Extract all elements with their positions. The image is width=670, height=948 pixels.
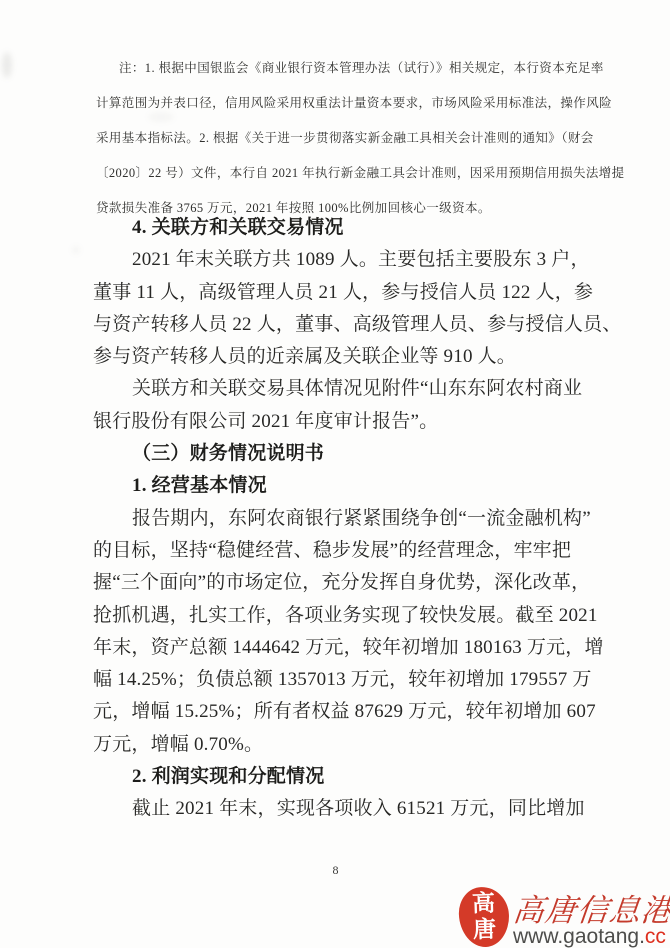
paragraph-line: 董事 11 人，高级管理人员 21 人，参与授信人员 122 人，参 [93,277,581,309]
document-body: 4. 关联方和关联交易情况 2021 年末关联方共 1089 人。主要包括主要股… [93,212,581,826]
paragraph-line: 参与资产转移人员的近亲属及关联企业等 910 人。 [93,341,581,373]
paragraph-line: 万元，增幅 0.70%。 [93,729,581,761]
paragraph-line: 年末，资产总额 1444642 万元，较年初增加 180163 万元，增 [93,632,581,664]
footnote-line: 计算范围为并表口径，信用风险采用权重法计量资本要求，市场风险采用标准法，操作风险 [96,86,600,121]
section-heading-profit: 2. 利润实现和分配情况 [93,761,581,793]
paragraph-line: 幅 14.25%；负债总额 1357013 万元，较年初增加 179557 万 [93,664,581,696]
paragraph-line: 关联方和关联交易具体情况见附件“山东东阿农村商业 [93,373,581,405]
paragraph-line: 元，增幅 15.25%；所有者权益 87629 万元，较年初增加 607 [93,696,581,728]
scan-smudge [2,52,12,78]
site-watermark: 高 唐 高唐信息港 www.gaotang.cc [459,887,670,948]
page-number: 8 [93,863,579,878]
seal-char-top: 高 [472,891,496,918]
footnote-line: 〔2020〕22 号）文件，本行自 2021 年执行新金融工具会计准则，因采用预… [96,156,600,191]
paragraph-line: 抢抓机遇，扎实工作，各项业务实现了较快发展。截至 2021 [93,600,581,632]
document-page: 注：1. 根据中国银监会《商业银行资本管理办法（试行）》相关规定，本行资本充足率… [0,0,670,948]
footnote-line: 采用基本指标法。2. 根据《关于进一步贯彻落实新金融工具相关会计准则的通知》（财… [96,121,600,156]
footnote-block: 注：1. 根据中国银监会《商业银行资本管理办法（试行）》相关规定，本行资本充足率… [96,51,600,226]
section-heading-related-parties: 4. 关联方和关联交易情况 [93,212,581,244]
paragraph-line: 与资产转移人员 22 人，董事、高级管理人员、参与授信人员、 [93,309,581,341]
scan-smudge [72,246,80,254]
watermark-url: www.gaotang.cc [513,926,666,948]
paragraph-line: 报告期内，东阿农商银行紧紧围绕争创“一流金融机构” [93,503,581,535]
seal-char-bottom: 唐 [473,917,497,944]
paragraph-line: 的目标，坚持“稳健经营、稳步发展”的经营理念，牢牢把 [93,535,581,567]
paragraph-line: 握“三个面向”的市场定位，充分发挥自身优势，深化改革， [93,567,581,599]
watermark-site-name: 高唐信息港 [511,894,670,928]
section-heading-operations: 1. 经营基本情况 [93,470,581,502]
section-heading-financial-statement: （三）财务情况说明书 [93,438,581,470]
footnote-line: 注：1. 根据中国银监会《商业银行资本管理办法（试行）》相关规定，本行资本充足率 [96,51,600,86]
paragraph-line: 2021 年末关联方共 1089 人。主要包括主要股东 3 户， [93,244,581,276]
paragraph-line: 银行股份有限公司 2021 年度审计报告”。 [93,406,581,438]
paragraph-line: 截止 2021 年末，实现各项收入 61521 万元，同比增加 [93,793,581,825]
gaotang-seal-icon: 高 唐 [458,886,510,948]
